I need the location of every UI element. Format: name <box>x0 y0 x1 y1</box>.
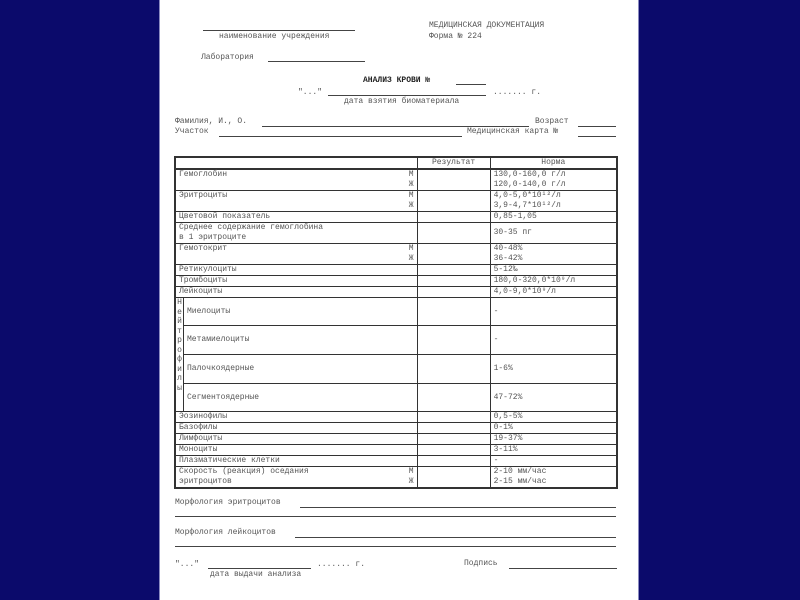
rbc-morphology-line[interactable] <box>300 507 616 508</box>
table-row: Среднее содержание гемоглобинав 1 эритро… <box>175 223 617 244</box>
table-row: ЭритроцитыМЖ 4,0-5,0*10¹²/л3,9-4,7*10¹²/… <box>175 191 617 212</box>
result-cell[interactable] <box>417 423 490 434</box>
table-row: Цветовой показатель 0,85-1,05 <box>175 212 617 223</box>
signature-label: Подпись <box>464 559 498 569</box>
row-name: Цветовой показатель <box>175 212 417 223</box>
table-row: Лейкоциты 4,0-9,0*10⁹/л <box>175 287 617 298</box>
result-cell[interactable] <box>417 456 490 467</box>
row-name: Метамиелоциты <box>184 326 418 355</box>
table-header: Результат Норма <box>175 157 617 169</box>
table-row: Нейтрофилы Миелоциты - <box>175 298 617 326</box>
form-page: наименование учреждения МЕДИЦИНСКАЯ ДОКУ… <box>159 0 639 600</box>
result-cell[interactable] <box>417 445 490 456</box>
age-line[interactable] <box>578 126 616 127</box>
date-line[interactable] <box>328 95 486 96</box>
age-label: Возраст <box>535 117 569 127</box>
row-name: Палочкоядерные <box>184 355 418 384</box>
wbc-morphology-line[interactable] <box>295 537 616 538</box>
name-label: Фамилия, И., О. <box>175 117 247 127</box>
row-name: Среднее содержание гемоглобина <box>179 223 323 232</box>
laboratory-line[interactable] <box>268 61 365 62</box>
row-name: Моноциты <box>175 445 417 456</box>
row-name: Гемоглобин <box>179 170 227 179</box>
row-name: Ретикулоциты <box>175 265 417 276</box>
row-name: Лейкоциты <box>175 287 417 298</box>
wbc-morphology-line-2[interactable] <box>175 546 616 547</box>
table-row: Плазматические клетки - <box>175 456 617 467</box>
row-name: Лимфоциты <box>175 434 417 445</box>
result-cell[interactable] <box>417 212 490 223</box>
result-cell[interactable] <box>417 326 490 355</box>
row-name: Эритроциты <box>179 191 227 200</box>
table-row: Лимфоциты 19-37% <box>175 434 617 445</box>
result-cell[interactable] <box>417 169 490 191</box>
row-name: Базофилы <box>175 423 417 434</box>
result-cell[interactable] <box>417 412 490 423</box>
institution-caption: наименование учреждения <box>219 32 329 42</box>
table-row: Палочкоядерные 1-6% <box>175 355 617 384</box>
neutrophils-group-label: Нейтрофилы <box>175 298 184 412</box>
issue-date-prefix: "..." <box>175 560 199 570</box>
result-cell[interactable] <box>417 191 490 212</box>
date-suffix: ....... г. <box>493 88 541 98</box>
date-prefix: "..." <box>298 88 322 98</box>
rbc-morphology-label: Морфология эритроцитов <box>175 498 281 508</box>
table-row: Ретикулоциты 5-12‰ <box>175 265 617 276</box>
row-name: Сегментоядерные <box>184 384 418 412</box>
table-row: МЖСкорость (реакция) оседанияэритроцитов… <box>175 467 617 489</box>
analysis-title: АНАЛИЗ КРОВИ № <box>363 76 430 86</box>
table-row: Тромбоциты 180,0-320,0*10⁹/л <box>175 276 617 287</box>
row-name: Миелоциты <box>184 298 418 326</box>
issue-date-line[interactable] <box>208 568 311 569</box>
result-cell[interactable] <box>417 467 490 489</box>
wbc-morphology-label: Морфология лейкоцитов <box>175 528 276 538</box>
table-row: Эозинофилы 0,5-5% <box>175 412 617 423</box>
table-row: Моноциты 3-11% <box>175 445 617 456</box>
table-row: Базофилы 0-1% <box>175 423 617 434</box>
date-caption: дата взятия биоматериала <box>344 97 459 107</box>
signature-line[interactable] <box>509 568 617 569</box>
table-row: Сегментоядерные 47-72% <box>175 384 617 412</box>
result-cell[interactable] <box>417 355 490 384</box>
result-cell[interactable] <box>417 287 490 298</box>
header-result: Результат <box>417 157 490 169</box>
laboratory-label: Лаборатория <box>201 53 254 63</box>
result-cell[interactable] <box>417 265 490 276</box>
doc-type: МЕДИЦИНСКАЯ ДОКУМЕНТАЦИЯ <box>429 21 544 31</box>
institution-line[interactable] <box>203 30 355 31</box>
card-label: Медицинская карта № <box>467 127 558 137</box>
district-line[interactable] <box>219 136 462 137</box>
district-label: Участок <box>175 127 209 137</box>
result-cell[interactable] <box>417 434 490 445</box>
row-name: Тромбоциты <box>175 276 417 287</box>
form-number: Форма № 224 <box>429 32 482 42</box>
analysis-number-line[interactable] <box>456 84 486 85</box>
row-name: Плазматические клетки <box>175 456 417 467</box>
table-row: Метамиелоциты - <box>175 326 617 355</box>
rbc-morphology-line-2[interactable] <box>175 516 616 517</box>
issue-date-suffix: ....... г. <box>317 560 365 570</box>
card-line[interactable] <box>578 136 616 137</box>
blood-analysis-table: Результат Норма ГемоглобинМЖ 130,0-160,0… <box>174 156 618 489</box>
row-name: Гемотокрит <box>179 244 227 253</box>
result-cell[interactable] <box>417 384 490 412</box>
row-name: Эозинофилы <box>175 412 417 423</box>
row-name: Скорость (реакция) оседания <box>179 467 309 476</box>
result-cell[interactable] <box>417 276 490 287</box>
result-cell[interactable] <box>417 223 490 244</box>
result-cell[interactable] <box>417 244 490 265</box>
table-row: ГемоглобинМЖ 130,0-160,0 г/л120,0-140,0 … <box>175 169 617 191</box>
result-cell[interactable] <box>417 298 490 326</box>
table-row: ГемотокритМЖ 40-48%36-42% <box>175 244 617 265</box>
header-name <box>175 157 417 169</box>
header-norm: Норма <box>490 157 617 169</box>
issue-date-caption: дата выдачи анализа <box>210 570 301 580</box>
